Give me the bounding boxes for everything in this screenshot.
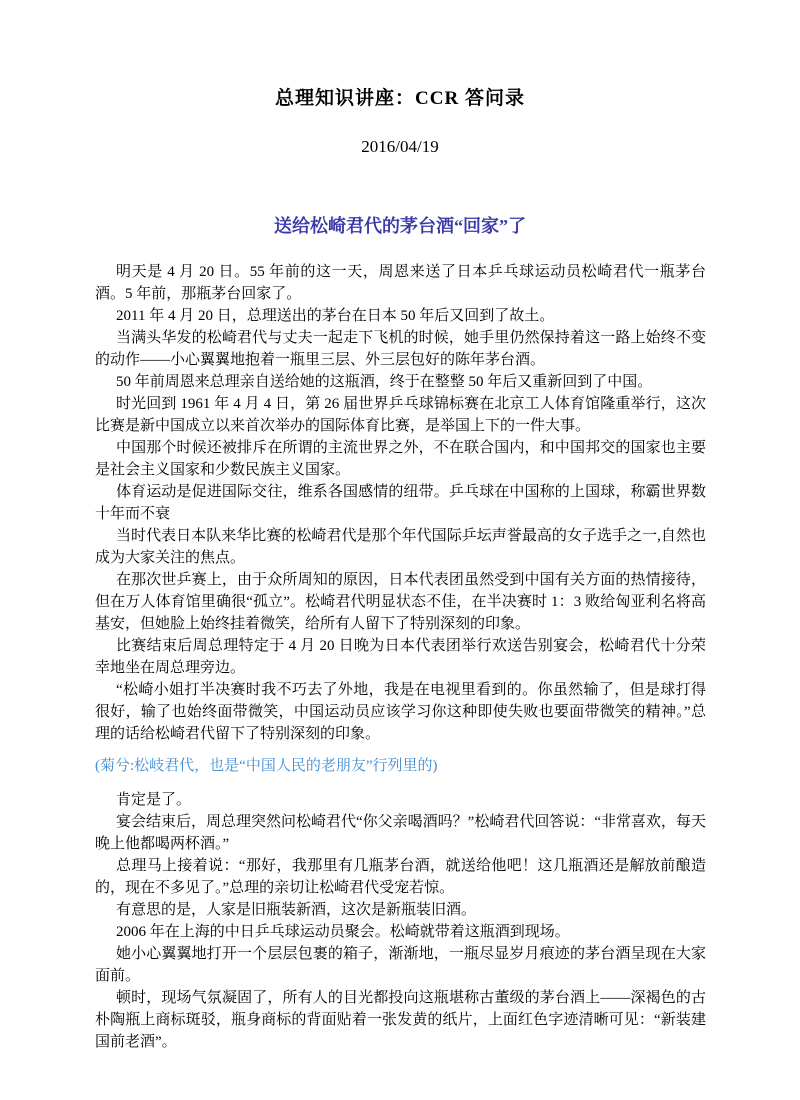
paragraph: 当满头华发的松崎君代与丈夫一起走下飞机的时候，她手里仍然保持着这一路上始终不变的… <box>95 327 706 371</box>
document-date: 2016/04/19 <box>0 136 800 158</box>
paragraph: 明天是 4 月 20 日。55 年前的这一天，周恩来送了日本乒乓球运动员松崎君代… <box>95 261 706 305</box>
section-heading: 送给松崎君代的茅台酒“回家”了 <box>0 214 800 238</box>
document-title: 总理知识讲座：CCR 答问录 <box>0 0 800 112</box>
paragraph: 50 年前周恩来总理亲自送给她的这瓶酒，终于在整整 50 年后又重新回到了中国。 <box>95 371 706 393</box>
paragraph: “松崎小姐打半决赛时我不巧去了外地，我是在电视里看到的。你虽然输了，但是球打得很… <box>95 679 706 745</box>
paragraph: 2006 年在上海的中日乒乓球运动员聚会。松崎就带着这瓶酒到现场。 <box>95 921 706 943</box>
paragraph: 2011 年 4 月 20 日，总理送出的茅台在日本 50 年后又回到了故土。 <box>95 305 706 327</box>
paragraph: 时光回到 1961 年 4 月 4 日，第 26 届世界乒乓球锦标赛在北京工人体… <box>95 393 706 437</box>
paragraph: 在那次世乒赛上，由于众所周知的原因，日本代表团虽然受到中国有关方面的热情接待，但… <box>95 569 706 635</box>
paragraph: 体育运动是促进国际交往，维系各国感情的纽带。乒乓球在中国称的上国球，称霸世界数十… <box>95 481 706 525</box>
paragraph: 比赛结束后周总理特定于 4 月 20 日晚为日本代表团举行欢送告别宴会，松崎君代… <box>95 635 706 679</box>
paragraph: 顿时，现场气氛凝固了，所有人的目光都投向这瓶堪称古董级的茅台酒上——深褐色的古朴… <box>95 987 706 1053</box>
paragraph: 宴会结束后，周总理突然问松崎君代“你父亲喝酒吗？”松崎君代回答说：“非常喜欢，每… <box>95 811 706 855</box>
article-body: 明天是 4 月 20 日。55 年前的这一天，周恩来送了日本乒乓球运动员松崎君代… <box>0 261 800 1053</box>
paragraph: 中国那个时候还被排斥在所谓的主流世界之外，不在联合国内，和中国邦交的国家也主要是… <box>95 437 706 481</box>
paragraph: 有意思的是，人家是旧瓶装新酒，这次是新瓶装旧酒。 <box>95 899 706 921</box>
paragraph: 当时代表日本队来华比赛的松崎君代是那个年代国际乒坛声誉最高的女子选手之一,自然也… <box>95 525 706 569</box>
paragraph: 总理马上接着说：“那好，我那里有几瓶茅台酒，就送给他吧！这几瓶酒还是解放前酿造的… <box>95 855 706 899</box>
paragraph: 她小心翼翼地打开一个层层包裹的箱子，渐渐地，一瓶尽显岁月痕迹的茅台酒呈现在大家面… <box>95 943 706 987</box>
document-page: 总理知识讲座：CCR 答问录 2016/04/19 送给松崎君代的茅台酒“回家”… <box>0 0 800 1100</box>
commentator-note: (菊兮:松岐君代，也是“中国人民的老朋友”行列里的) <box>95 755 706 777</box>
paragraph: 肯定是了。 <box>95 789 706 811</box>
